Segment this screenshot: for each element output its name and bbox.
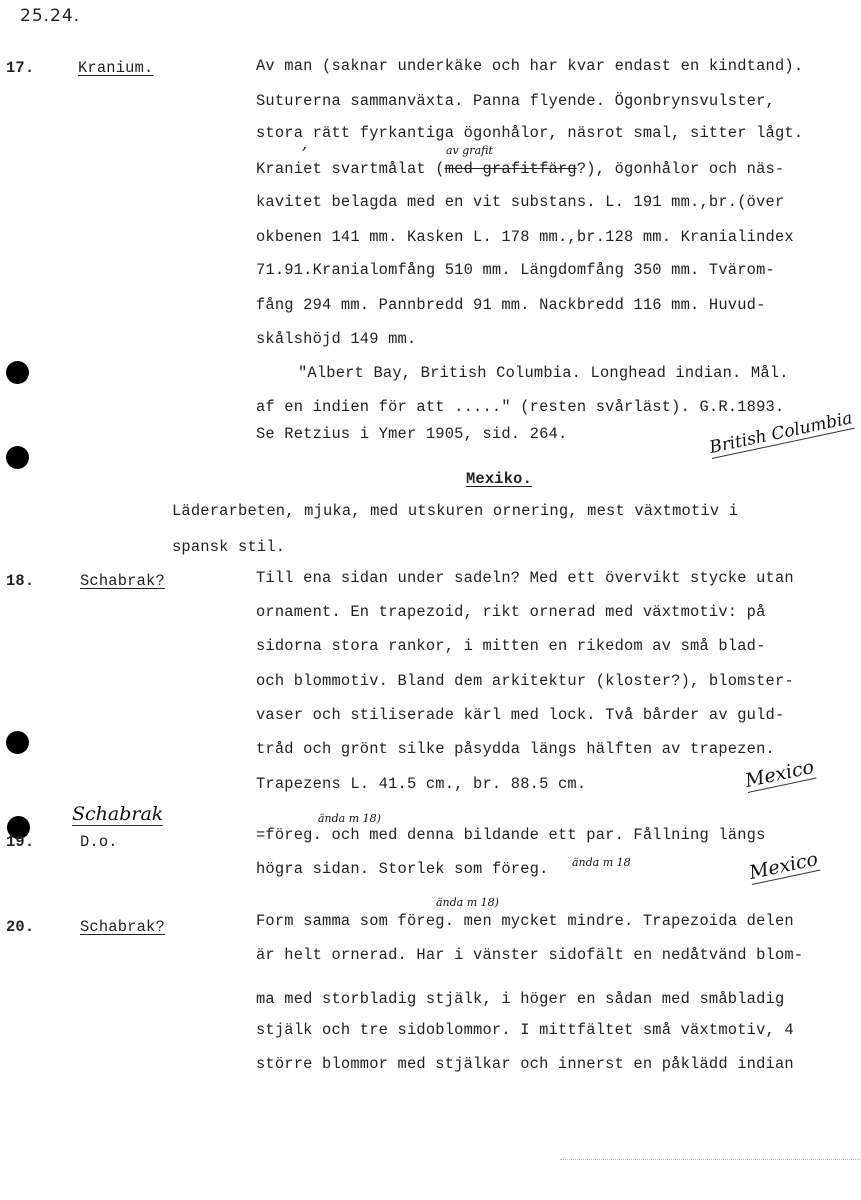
- entry-title: Kranium.: [78, 59, 154, 77]
- entry-number: 18.: [6, 572, 34, 590]
- entry-line: 71.91.Kranialomfång 510 mm. Längdomfång …: [256, 261, 775, 279]
- entry-line: tråd och grönt silke påsydda längs hälft…: [256, 740, 775, 758]
- entry-title: D.o.: [80, 833, 118, 851]
- entry-line: är helt ornerad. Har i vänster sidofält …: [256, 946, 803, 964]
- entry-line: fång 294 mm. Pannbredd 91 mm. Nackbredd …: [256, 296, 766, 314]
- entry-line: stora rätt fyrkantiga ögonhålor, näsrot …: [256, 124, 803, 142]
- section-intro-line: Läderarbeten, mjuka, med utskuren orneri…: [172, 502, 738, 520]
- handwritten-insert: ända m 18: [572, 856, 631, 869]
- section-intro-line: spansk stil.: [172, 538, 285, 556]
- handwritten-insert: ända m 18): [436, 896, 499, 909]
- punch-hole-icon: [6, 446, 29, 469]
- entry-line: kavitet belagda med en vit substans. L. …: [256, 193, 784, 211]
- entry-line: Form samma som föreg. men mycket mindre.…: [256, 912, 794, 930]
- handwritten-insert: ända m 18): [318, 812, 381, 825]
- entry-line-text: Kraniet svartmålat (: [256, 160, 445, 178]
- entry-line: Av man (saknar underkäke och har kvar en…: [256, 57, 803, 75]
- margin-note: Mexico: [747, 848, 820, 885]
- entry-line: högra sidan. Storlek som föreg.: [256, 860, 549, 878]
- entry-line: och blommotiv. Bland dem arkitektur (klo…: [256, 672, 794, 690]
- entry-line: Till ena sidan under sadeln? Med ett öve…: [256, 569, 794, 587]
- margin-note: Mexico: [743, 756, 816, 793]
- struck-text: med grafitfärg: [445, 160, 577, 178]
- entry-line: Trapezens L. 41.5 cm., br. 88.5 cm.: [256, 775, 586, 793]
- entry-number: 20.: [6, 918, 34, 936]
- entry-line-with-correction: Kraniet svartmålat (med grafitfärg?), ög…: [256, 160, 784, 178]
- handwritten-title: Schabrak: [72, 803, 163, 826]
- punch-hole-icon: [6, 361, 29, 384]
- entry-line: stjälk och tre sidoblommor. I mittfältet…: [256, 1021, 794, 1039]
- entry-number: 19.: [6, 833, 34, 851]
- quote-line: Se Retzius i Ymer 1905, sid. 264.: [256, 425, 567, 443]
- section-heading: Mexiko.: [466, 470, 532, 488]
- entry-line: Suturerna sammanväxta. Panna flyende. Ög…: [256, 92, 775, 110]
- punch-hole-icon: [6, 731, 29, 754]
- entry-title: Schabrak?: [80, 918, 165, 936]
- entry-line: =föreg. och med denna bildande ett par. …: [256, 826, 766, 844]
- quote-line: "Albert Bay, British Columbia. Longhead …: [298, 364, 789, 382]
- entry-line: vaser och stiliserade kärl med lock. Två…: [256, 706, 784, 724]
- entry-line: större blommor med stjälkar och innerst …: [256, 1055, 794, 1073]
- entry-line: sidorna stora rankor, i mitten en rikedo…: [256, 637, 766, 655]
- entry-line: ma med storbladig stjälk, i höger en såd…: [256, 990, 784, 1008]
- entry-line: okbenen 141 mm. Kasken L. 178 mm.,br.128…: [256, 228, 794, 246]
- entry-line: ornament. En trapezoid, rikt ornerad med…: [256, 603, 766, 621]
- catalog-page: 25.24. 17. Kranium. Av man (saknar under…: [0, 0, 861, 1200]
- entry-line: skålshöjd 149 mm.: [256, 330, 416, 348]
- handwritten-comma: ,: [302, 134, 307, 153]
- entry-title: Schabrak?: [80, 572, 165, 590]
- quote-line: af en indien för att ....." (resten svår…: [256, 398, 784, 416]
- accession-number: 25.24.: [20, 6, 80, 26]
- handwritten-insert: av grafit: [446, 144, 493, 157]
- entry-number: 17.: [6, 59, 34, 77]
- scan-artifact: [560, 1159, 860, 1161]
- entry-line-text: ?), ögonhålor och näs-: [577, 160, 785, 178]
